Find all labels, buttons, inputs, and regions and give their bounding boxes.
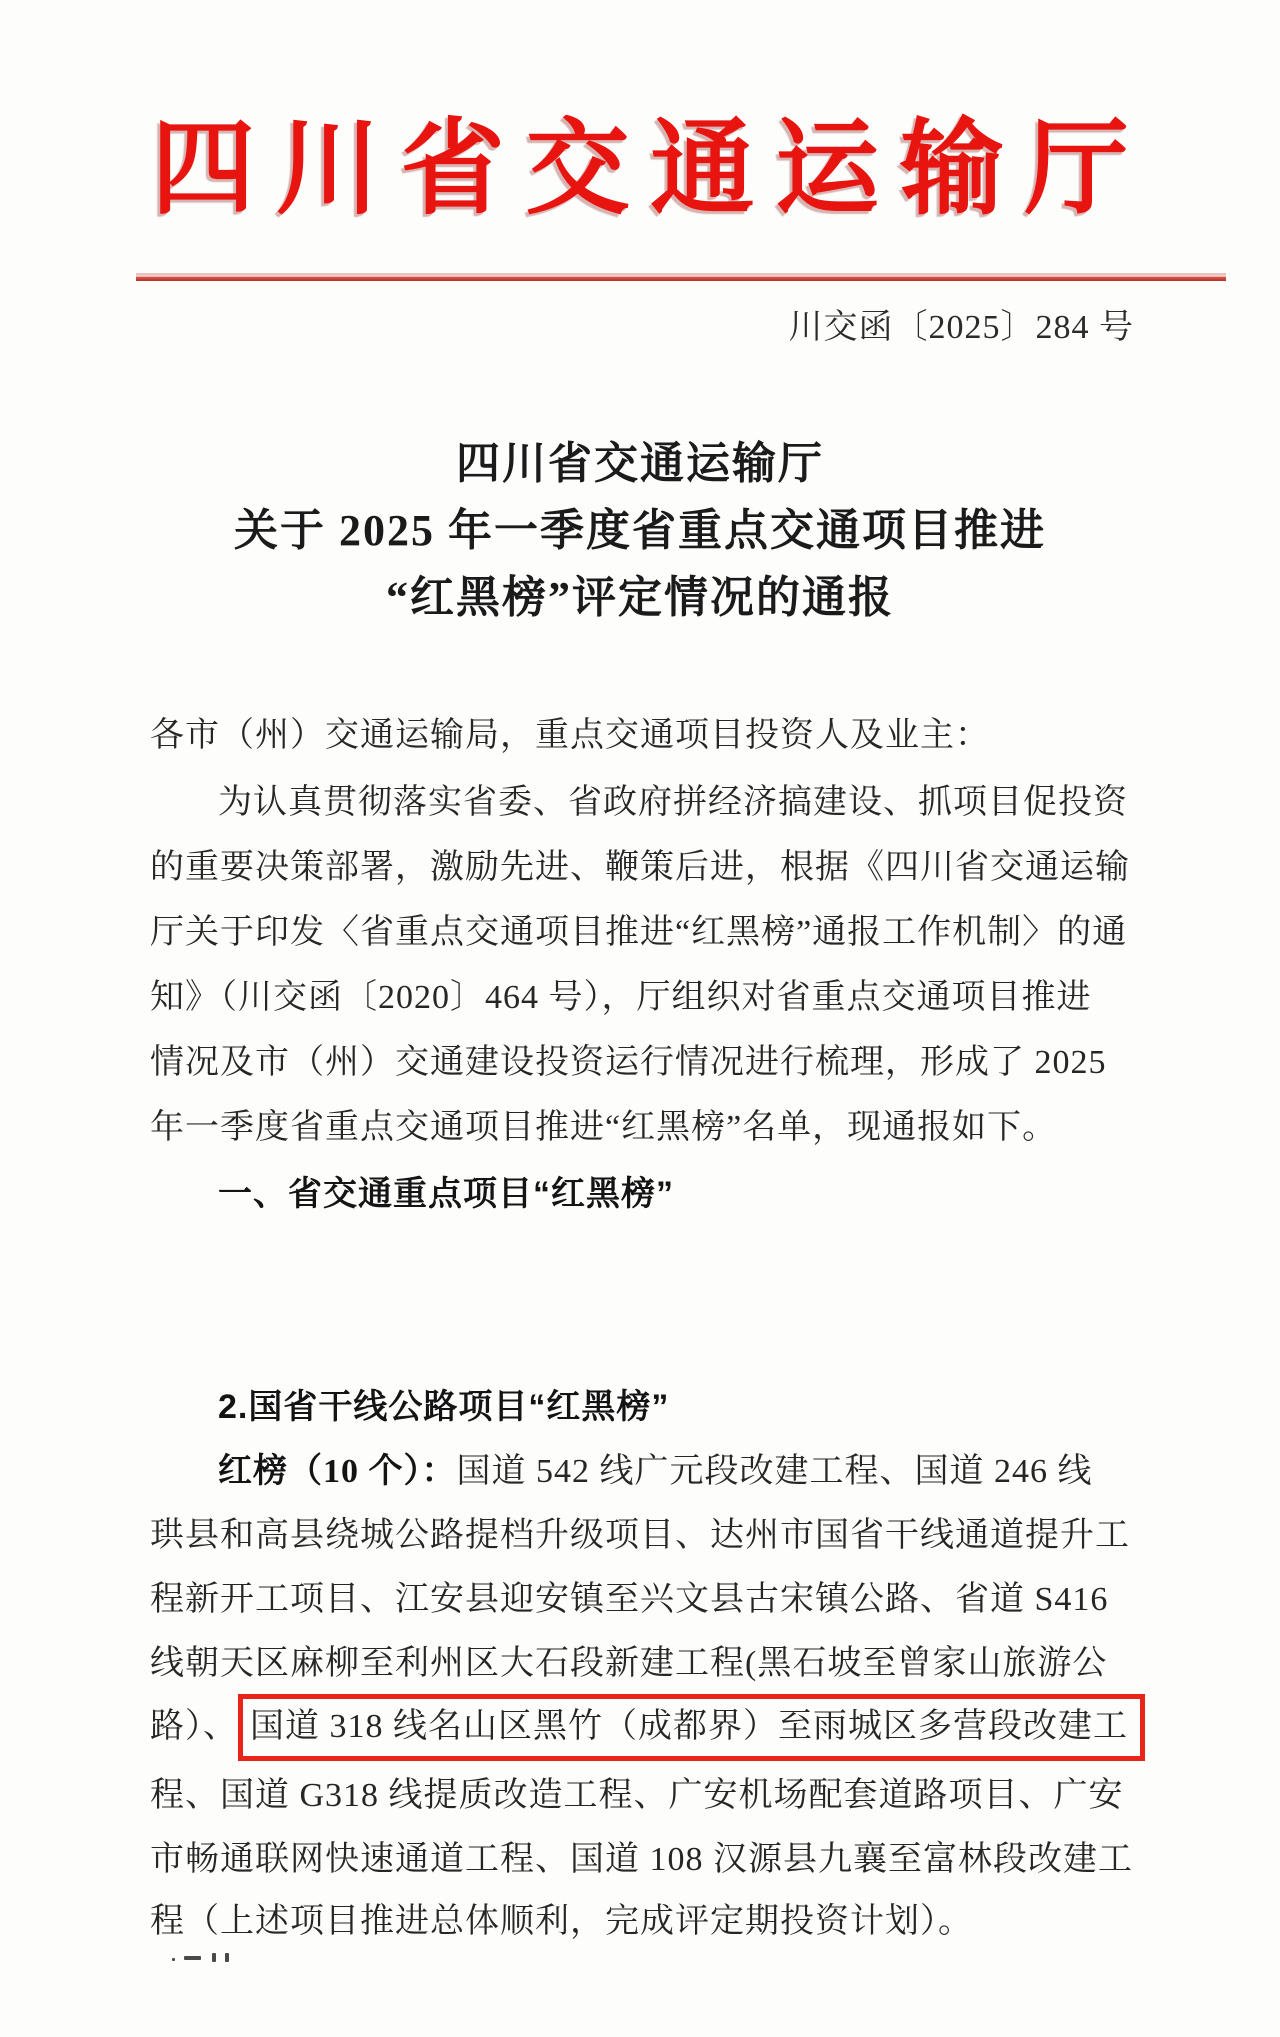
red-list-line: 线朝天区麻柳至利州区大石段新建工程(黑石坡至曾家山旅游公: [150, 1642, 1150, 1686]
document-reference-number: 川交函〔2025〕284 号: [789, 299, 1135, 348]
red-highlight-box: 国道 318 线名山区黑竹（成都界）至雨城区多营段改建工: [238, 1694, 1145, 1761]
paragraph-line: 年一季度省重点交通项目推进“红黑榜”名单，现通报如下。: [150, 1106, 1150, 1150]
red-list-line: 程、国道 G318 线提质改造工程、广安机场配套道路项目、广安: [150, 1774, 1150, 1818]
document-title-line-2: 关于 2025 年一季度省重点交通项目推进: [0, 497, 1280, 564]
salutation-line: 各市（州）交通运输局，重点交通项目投资人及业主：: [150, 714, 1150, 758]
agency-letterhead: 四川省交通运输厅: [0, 84, 1280, 234]
red-list-lead-label: 红榜（10 个）：: [218, 1453, 457, 1490]
official-document-page: 四川省交通运输厅 川交函〔2025〕284 号 四川省交通运输厅 关于 2025…: [0, 0, 1280, 2037]
red-list-line: 程（上述项目推进总体顺利，完成评定期投资计划）。: [150, 1900, 1150, 1944]
red-list-line: 市畅通联网快速通道工程、国道 108 汉源县九襄至富林段改建工: [150, 1838, 1150, 1882]
red-list-line: 程新开工项目、江安县迎安镇至兴文县古宋镇公路、省道 S416: [150, 1578, 1150, 1622]
red-list-line: 珙县和高县绕城公路提档升级项目、达州市国省干线通道提升工: [150, 1514, 1150, 1558]
section-heading: 一、省交通重点项目“红黑榜”: [150, 1172, 1218, 1216]
document-title-line-3: “红黑榜”评定情况的通报: [0, 564, 1280, 631]
highlighted-line-prefix: 路）、: [150, 1708, 238, 1745]
paragraph-line: 的重要决策部署，激励先进、鞭策后进，根据《四川省交通运输: [150, 846, 1150, 890]
paragraph-line: 为认真贯彻落实省委、省政府拼经济搞建设、抓项目促投资: [150, 781, 1218, 825]
paragraph-line: 厅关于印发〈省重点交通项目推进“红黑榜”通报工作机制〉的通: [150, 911, 1150, 955]
paragraph-line: 情况及市（州）交通建设投资运行情况进行梳理，形成了 2025: [150, 1041, 1150, 1085]
document-title: 四川省交通运输厅 关于 2025 年一季度省重点交通项目推进 “红黑榜”评定情况…: [0, 430, 1280, 631]
document-title-line-1: 四川省交通运输厅: [0, 430, 1280, 497]
letterhead-divider-line: [136, 273, 1226, 281]
cut-off-line-fragment: [172, 1951, 262, 1967]
red-list-highlighted-line: 路）、国道 318 线名山区黑竹（成都界）至雨城区多营段改建工: [150, 1705, 1150, 1749]
red-list-line-text: 国道 542 线广元段改建工程、国道 246 线: [457, 1453, 1093, 1490]
sub-section-heading: 2.国省干线公路项目“红黑榜”: [150, 1385, 1218, 1429]
red-list-line: 红榜（10 个）：国道 542 线广元段改建工程、国道 246 线: [150, 1450, 1218, 1494]
paragraph-line: 知》（川交函〔2020〕464 号），厅组织对省重点交通项目推进: [150, 976, 1150, 1020]
